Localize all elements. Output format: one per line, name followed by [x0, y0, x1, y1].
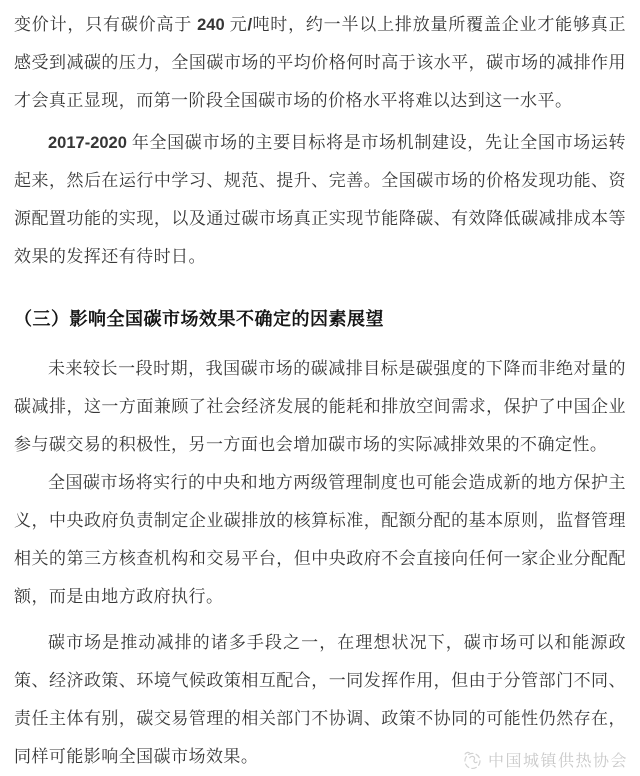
watermark: 中国城镇供热协会: [461, 748, 628, 771]
document-page: 变价计，只有碳价高于 240 元/吨时，约一半以上排放量所覆盖企业才能够真正感受…: [0, 0, 640, 776]
section-heading: （三）影响全国碳市场效果不确定的因素展望: [14, 300, 626, 338]
paragraph-1: 变价计，只有碳价高于 240 元/吨时，约一半以上排放量所覆盖企业才能够真正感受…: [14, 6, 626, 120]
paragraph-2: 2017-2020 年全国碳市场的主要目标将是市场机制建设，先让全国市场运转起来…: [14, 124, 626, 276]
paragraph-4: 全国碳市场将实行的中央和地方两级管理制度也可能会造成新的地方保护主义，中央政府负…: [14, 464, 626, 616]
paragraph-3: 未来较长一段时期，我国碳市场的碳减排目标是碳强度的下降而非绝对量的碳减排，这一方…: [14, 350, 626, 464]
association-logo-icon: [461, 749, 483, 771]
watermark-label: 中国城镇供热协会: [488, 748, 628, 771]
